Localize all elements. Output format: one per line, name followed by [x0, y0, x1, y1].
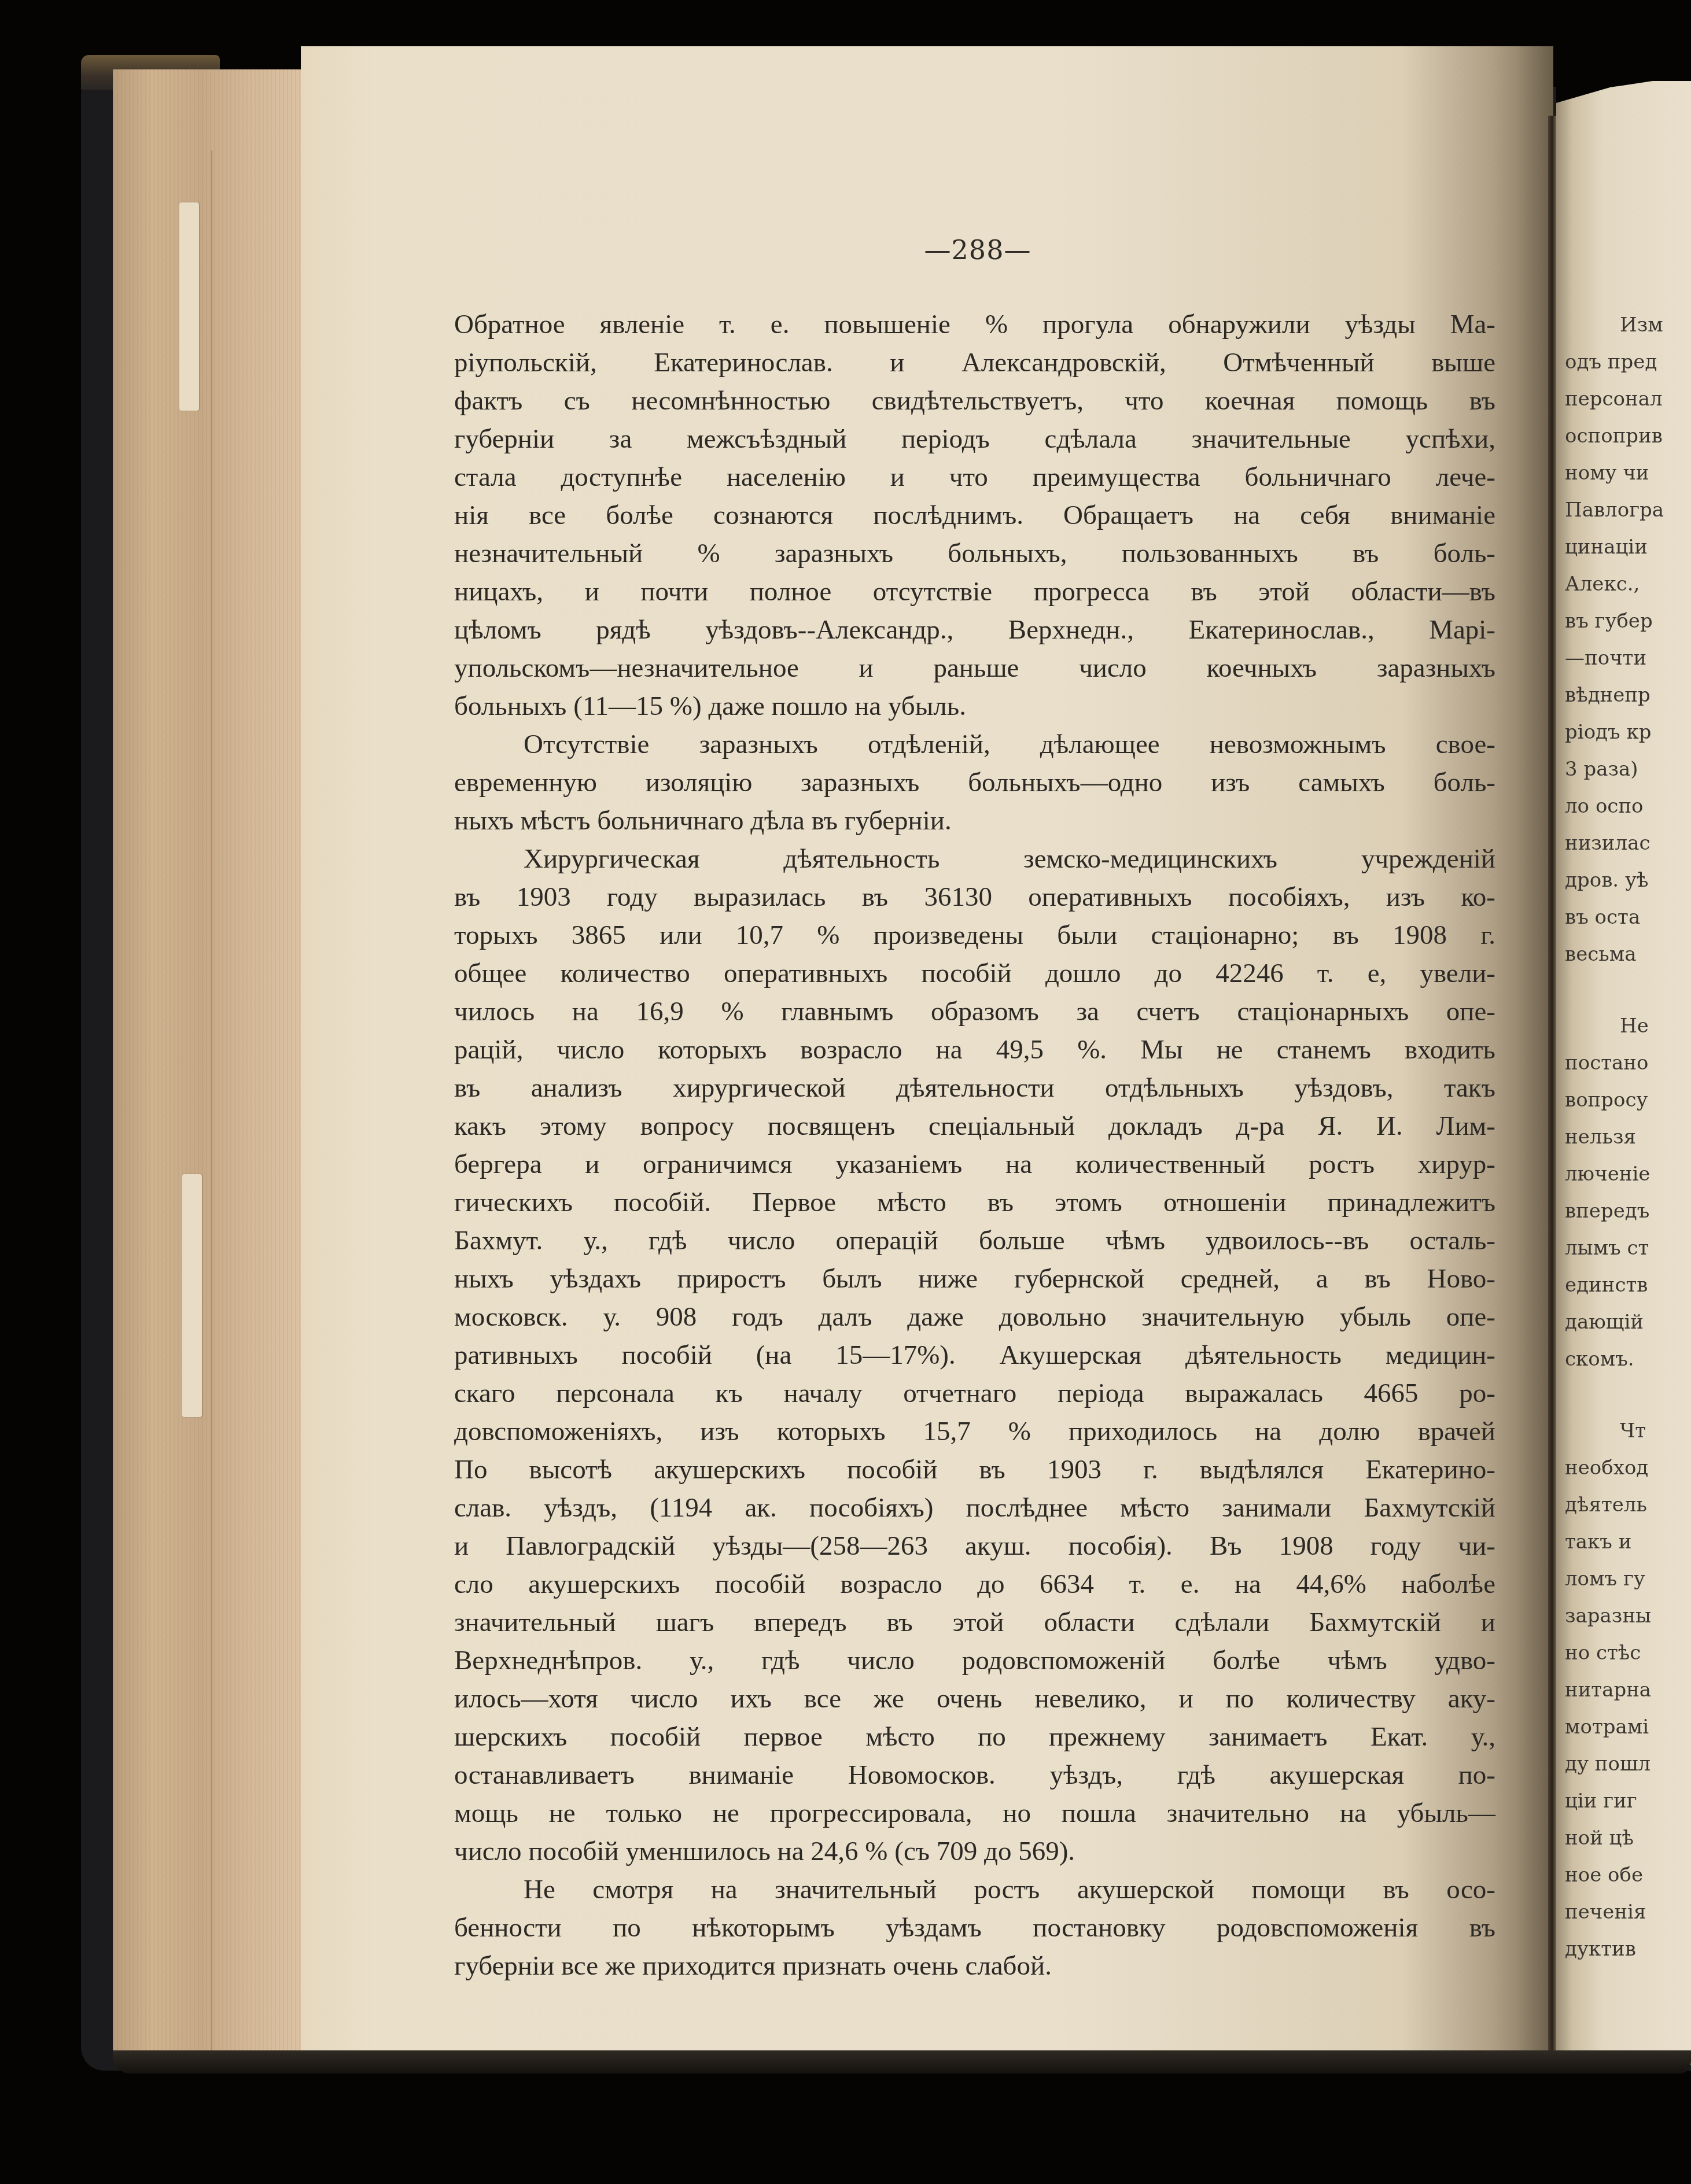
text-line: ницахъ, и почти полное отсутствіе прогре…	[454, 573, 1495, 611]
text-line-fragment: ному чи	[1565, 455, 1691, 492]
text-line: общее количество оперативныхъ пособій до…	[454, 954, 1495, 993]
text-line: ныхъ уѣздахъ приростъ былъ ниже губернск…	[454, 1260, 1495, 1298]
text-line-fragment: но стѣс	[1565, 1635, 1691, 1672]
text-line-fragment: ріодъ кр	[1565, 714, 1691, 751]
text-line: скаго персонала къ началу отчетнаго пері…	[454, 1374, 1495, 1412]
text-line: губерніи за межсъѣздный періодъ сдѣлала …	[454, 420, 1495, 458]
text-line-fragment: ной цѣ	[1565, 1820, 1691, 1857]
text-line-fragment: весьма	[1565, 936, 1691, 973]
text-line: и Павлоградскій уѣзды—(258—263 акуш. пос…	[454, 1527, 1495, 1565]
text-line-fragment: заразны	[1565, 1598, 1691, 1635]
text-line: слав. уѣздъ, (1194 ак. пособіяхъ) послѣд…	[454, 1489, 1495, 1527]
text-line: мощь не только не прогрессировала, но по…	[454, 1794, 1495, 1832]
text-line-fragment: Алекс.,	[1565, 566, 1691, 603]
text-line: фактъ съ несомнѣнностью свидѣтельствуетъ…	[454, 382, 1495, 420]
text-line: евременную изоляцію заразныхъ больныхъ—о…	[454, 763, 1495, 802]
text-line-fragment: цинаціи	[1565, 529, 1691, 566]
text-line: рацій, число которыхъ возрасло на 49,5 %…	[454, 1031, 1495, 1069]
text-line: бенности по нѣкоторымъ уѣздамъ постановк…	[454, 1909, 1495, 1947]
text-line-fragment: нитарна	[1565, 1672, 1691, 1709]
text-line: незначительный % заразныхъ больныхъ, пол…	[454, 534, 1495, 573]
text-line-fragment: дров. уѣ	[1565, 862, 1691, 899]
book-bottom-edge	[113, 2050, 1691, 2074]
page-edge-line	[211, 150, 212, 2059]
text-line: какъ этому вопросу посвященъ спеціальный…	[454, 1107, 1495, 1145]
text-line-fragment: ло оспо	[1565, 788, 1691, 825]
text-line-fragment: ное обе	[1565, 1857, 1691, 1894]
text-line-fragment: Павлогра	[1565, 492, 1691, 529]
page-edge-tab	[182, 1174, 202, 1417]
text-line-fragment: персонал	[1565, 381, 1691, 418]
text-line-fragment: Не	[1565, 1008, 1691, 1045]
text-line-fragment: впередъ	[1565, 1193, 1691, 1230]
text-line-fragment: постано	[1565, 1045, 1691, 1082]
text-line-fragment: ціи гиг	[1565, 1783, 1691, 1820]
text-line: цѣломъ рядѣ уѣздовъ--Александр., Верхнед…	[454, 611, 1495, 649]
page-edge-stack	[113, 69, 310, 2068]
text-line-fragment: Чт	[1565, 1412, 1691, 1449]
text-line: нія все болѣе сознаются послѣднимъ. Обра…	[454, 496, 1495, 534]
text-line: ріупольскій, Екатеринослав. и Александро…	[454, 344, 1495, 382]
right-page-body-text: Измодъ предперсоналоспопривному чиПавлог…	[1565, 307, 1691, 1968]
text-line: ративныхъ пособій (на 15—17%). Акушерска…	[454, 1336, 1495, 1374]
text-line-fragment: люченіе	[1565, 1156, 1691, 1193]
text-line: илось—хотя число ихъ все же очень невели…	[454, 1680, 1495, 1718]
text-line-fragment: ду пошл	[1565, 1746, 1691, 1783]
text-line: въ анализъ хирургической дѣятельности от…	[454, 1069, 1495, 1107]
text-line-fragment: оспоприв	[1565, 418, 1691, 455]
text-line-fragment: —почти	[1565, 640, 1691, 677]
text-line-fragment: въ губер	[1565, 603, 1691, 640]
text-line: Верхнеднѣпров. у., гдѣ число родовспомож…	[454, 1641, 1495, 1680]
text-line-fragment: вѣднепр	[1565, 677, 1691, 714]
text-line-fragment: нельзя	[1565, 1119, 1691, 1156]
text-line-fragment: въ оста	[1565, 899, 1691, 936]
text-line: торыхъ 3865 или 10,7 % произведены были …	[454, 916, 1495, 954]
text-line: губерніи все же приходится признать очен…	[454, 1947, 1495, 1985]
text-line-fragment: печенія	[1565, 1894, 1691, 1931]
text-line: Обратное явленіе т. е. повышеніе % прогу…	[454, 305, 1495, 344]
text-line-fragment: дѣятель	[1565, 1486, 1691, 1523]
text-line: довспоможеніяхъ, изъ которыхъ 15,7 % при…	[454, 1412, 1495, 1451]
text-line: сло акушерскихъ пособій возрасло до 6634…	[454, 1565, 1495, 1603]
text-line-fragment: мотрамі	[1565, 1709, 1691, 1746]
page-edge-tab	[179, 202, 199, 411]
text-line: больныхъ (11—15 %) даже пошло на убыль.	[454, 687, 1495, 725]
text-line: Отсутствіе заразныхъ отдѣленій, дѣлающее…	[454, 725, 1495, 763]
text-line-fragment: вопросу	[1565, 1082, 1691, 1119]
text-line: бергера и ограничимся указаніемъ на коли…	[454, 1145, 1495, 1183]
text-line: Не смотря на значительный ростъ акушерск…	[454, 1871, 1495, 1909]
text-line-fragment: дуктив	[1565, 1931, 1691, 1968]
text-line: шерскихъ пособій первое мѣсто по прежнем…	[454, 1718, 1495, 1756]
book-gutter	[1548, 116, 1556, 2065]
text-line: Хирургическая дѣятельность земско-медици…	[454, 840, 1495, 878]
text-line: значительный шагъ впередъ въ этой област…	[454, 1603, 1495, 1641]
paragraph-gap	[1565, 1378, 1691, 1412]
text-line: Бахмут. у., гдѣ число операцій больше чѣ…	[454, 1222, 1495, 1260]
text-line-fragment: единств	[1565, 1267, 1691, 1304]
text-line-fragment: необход	[1565, 1449, 1691, 1486]
text-line-fragment: низилас	[1565, 825, 1691, 862]
text-line: стала доступнѣе населенію и что преимуще…	[454, 458, 1495, 496]
text-line-fragment: такъ и	[1565, 1523, 1691, 1560]
text-line: гическихъ пособій. Первое мѣсто въ этомъ…	[454, 1183, 1495, 1222]
text-line: число пособій уменшилось на 24,6 % (съ 7…	[454, 1832, 1495, 1871]
text-line-fragment: скомъ.	[1565, 1341, 1691, 1378]
text-line-fragment: одъ пред	[1565, 344, 1691, 381]
text-line: останавливаетъ вниманіе Новомосков. уѣзд…	[454, 1756, 1495, 1794]
text-line-fragment: 3 раза)	[1565, 751, 1691, 788]
text-line-fragment: Изм	[1565, 307, 1691, 344]
text-line: чилось на 16,9 % главнымъ образомъ за сч…	[454, 993, 1495, 1031]
page-number: —288—	[891, 234, 1064, 265]
text-line: упольскомъ—незначительное и раньше число…	[454, 649, 1495, 687]
text-line: По высотѣ акушерскихъ пособій въ 1903 г.…	[454, 1451, 1495, 1489]
text-line: московск. у. 908 годъ далъ даже довольно…	[454, 1298, 1495, 1336]
text-line-fragment: лымъ ст	[1565, 1230, 1691, 1267]
text-line: въ 1903 году выразилась въ 36130 операти…	[454, 878, 1495, 916]
left-page-body-text: Обратное явленіе т. е. повышеніе % прогу…	[454, 305, 1495, 1985]
text-line: ныхъ мѣстъ больничнаго дѣла въ губерніи.	[454, 802, 1495, 840]
text-line-fragment: дающій	[1565, 1304, 1691, 1341]
text-line-fragment: ломъ гу	[1565, 1560, 1691, 1598]
paragraph-gap	[1565, 973, 1691, 1008]
